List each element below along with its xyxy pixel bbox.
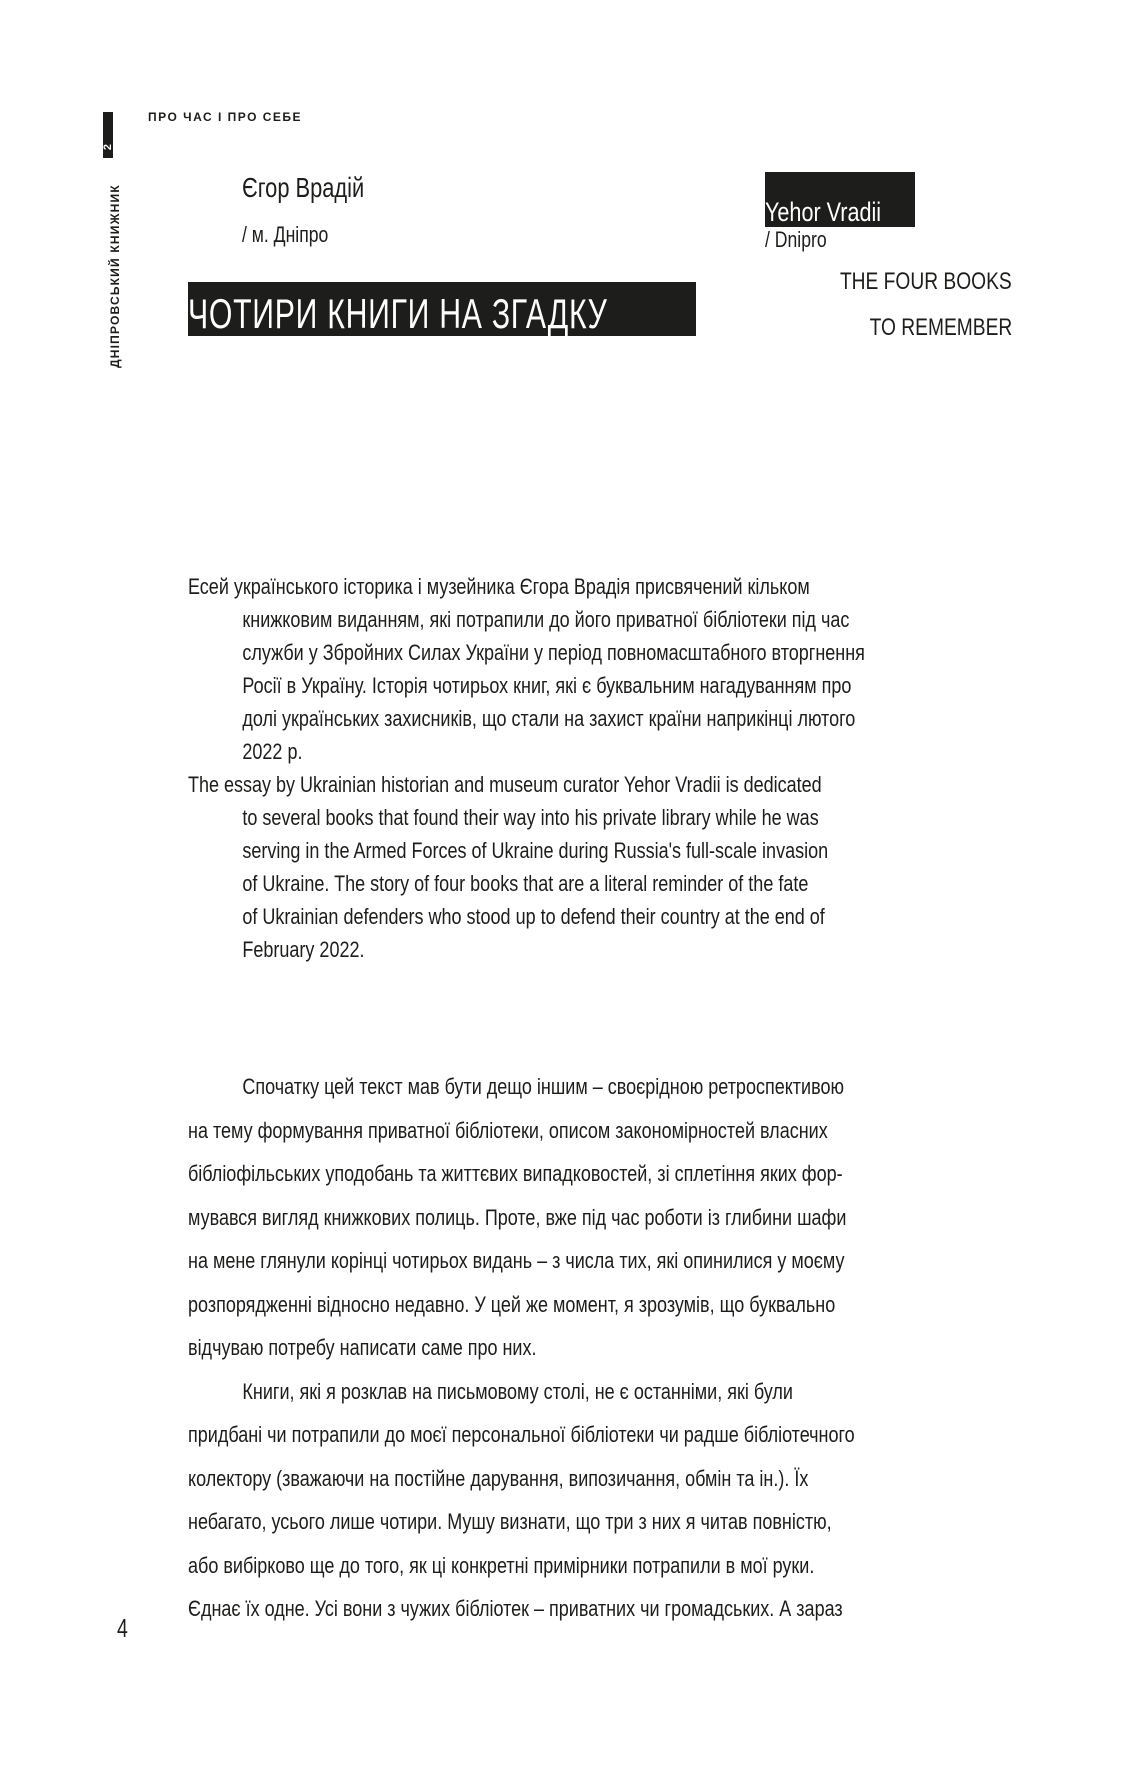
body-line: мувався вигляд книжкових полиць. Проте, … bbox=[188, 1196, 846, 1240]
author-city-en: / Dnipro bbox=[765, 227, 827, 253]
body-line: придбані чи потрапили до моєї персональн… bbox=[188, 1413, 846, 1457]
abstract-en: The essay by Ukrainian historian and mus… bbox=[188, 768, 1010, 966]
body-line: розпорядженні відносно недавно. У цей же… bbox=[188, 1283, 846, 1327]
page-number: 4 bbox=[117, 1613, 128, 1644]
article-body: Спочатку цей текст мав бути дещо іншим –… bbox=[188, 1065, 1010, 1631]
author-name-en-box: Yehor Vradii bbox=[765, 172, 915, 227]
issue-number: 2 bbox=[101, 140, 115, 154]
section-label: ПРО ЧАС І ПРО СЕБЕ bbox=[148, 110, 302, 124]
body-line: Книги, які я розклав на письмовому столі… bbox=[188, 1370, 846, 1414]
abstract-line: February 2022. bbox=[188, 933, 846, 966]
article-title-en-line-1: THE FOUR BOOKS bbox=[840, 268, 1012, 296]
abstract-line: Росії в Україну. Історія чотирьох книг, … bbox=[188, 669, 846, 702]
article-title-en-line-2: TO REMEMBER bbox=[869, 314, 1012, 342]
abstract-line: долі українських захисників, що стали на… bbox=[188, 702, 846, 735]
body-line: Спочатку цей текст мав бути дещо іншим –… bbox=[188, 1065, 846, 1109]
journal-name: ДНІПРОВСЬКИЙ КНИЖНИК bbox=[108, 184, 122, 368]
author-city-ua: / м. Дніпро bbox=[242, 222, 328, 248]
abstract-line: to several books that found their way in… bbox=[188, 801, 846, 834]
abstract-line: служби у Збройних Силах України у період… bbox=[188, 636, 846, 669]
article-title-ua-box: ЧОТИРИ КНИГИ НА ЗГАДКУ bbox=[188, 282, 696, 336]
article-title-ua: ЧОТИРИ КНИГИ НА ЗГАДКУ bbox=[188, 290, 608, 336]
author-name-en: Yehor Vradii bbox=[765, 197, 881, 227]
body-line: на мене глянули корінці чотирьох видань … bbox=[188, 1239, 846, 1283]
body-line: або вибірково ще до того, як ці конкретн… bbox=[188, 1544, 846, 1588]
body-line: відчуваю потребу написати саме про них. bbox=[188, 1326, 846, 1370]
body-line: колектору (зважаючи на постійне даруванн… bbox=[188, 1457, 846, 1501]
body-line: на тему формування приватної бібліотеки,… bbox=[188, 1109, 846, 1153]
abstract-line: книжковим виданням, які потрапили до йог… bbox=[188, 603, 846, 636]
abstract-line: 2022 р. bbox=[188, 735, 846, 768]
author-name-ua: Єгор Врадій bbox=[242, 172, 364, 204]
body-line: бібліофільських уподобань та життєвих ви… bbox=[188, 1152, 846, 1196]
abstract-line: of Ukraine. The story of four books that… bbox=[188, 867, 846, 900]
body-line: Єднає їх одне. Усі вони з чужих бібліоте… bbox=[188, 1587, 846, 1631]
abstract-line: of Ukrainian defenders who stood up to d… bbox=[188, 900, 846, 933]
abstract-line: serving in the Armed Forces of Ukraine d… bbox=[188, 834, 846, 867]
abstract-ua: Есей українського історика і музейника Є… bbox=[188, 570, 1010, 768]
abstract-line: The essay by Ukrainian historian and mus… bbox=[188, 768, 846, 801]
abstract-line: Есей українського історика і музейника Є… bbox=[188, 570, 846, 603]
body-line: небагато, усього лише чотири. Мушу визна… bbox=[188, 1500, 846, 1544]
